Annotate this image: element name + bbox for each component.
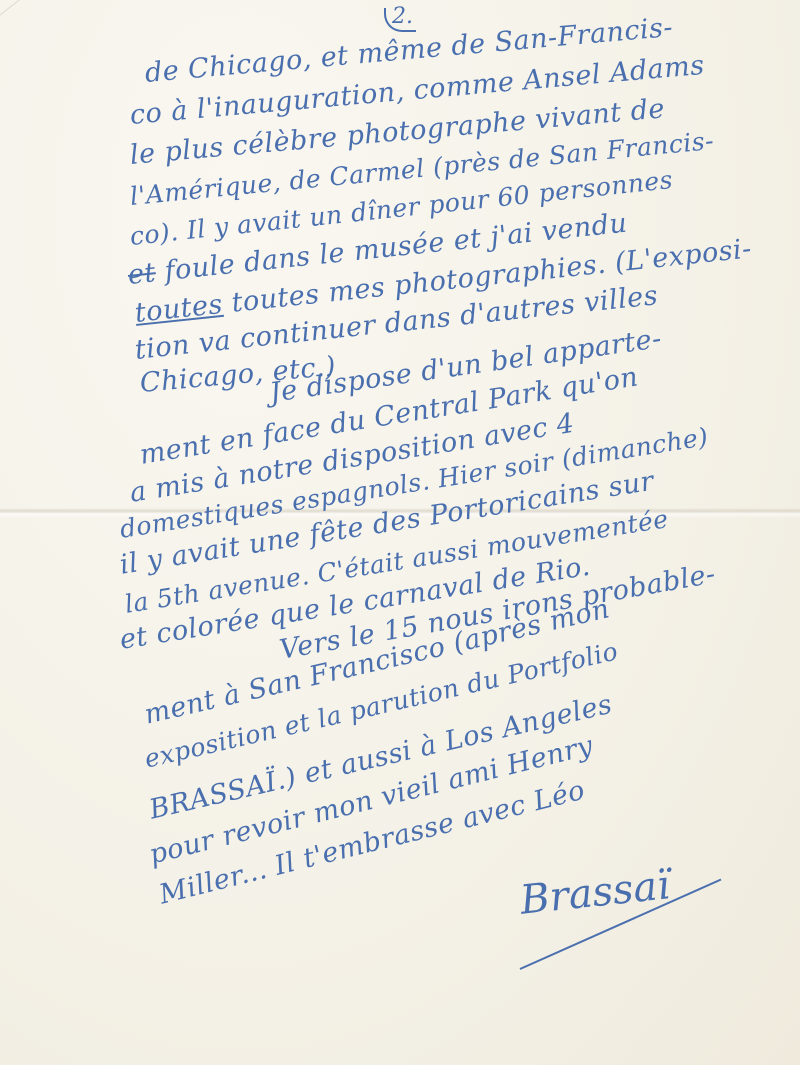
letter-page: 2. de Chicago, et même de San-Francis- c… (0, 0, 800, 1065)
paper-crease (0, 0, 75, 31)
underlined-word: toutes (133, 289, 224, 329)
page-number: 2. (392, 4, 413, 29)
signature: Brassaï (518, 862, 672, 923)
struck-word: et (126, 257, 157, 291)
